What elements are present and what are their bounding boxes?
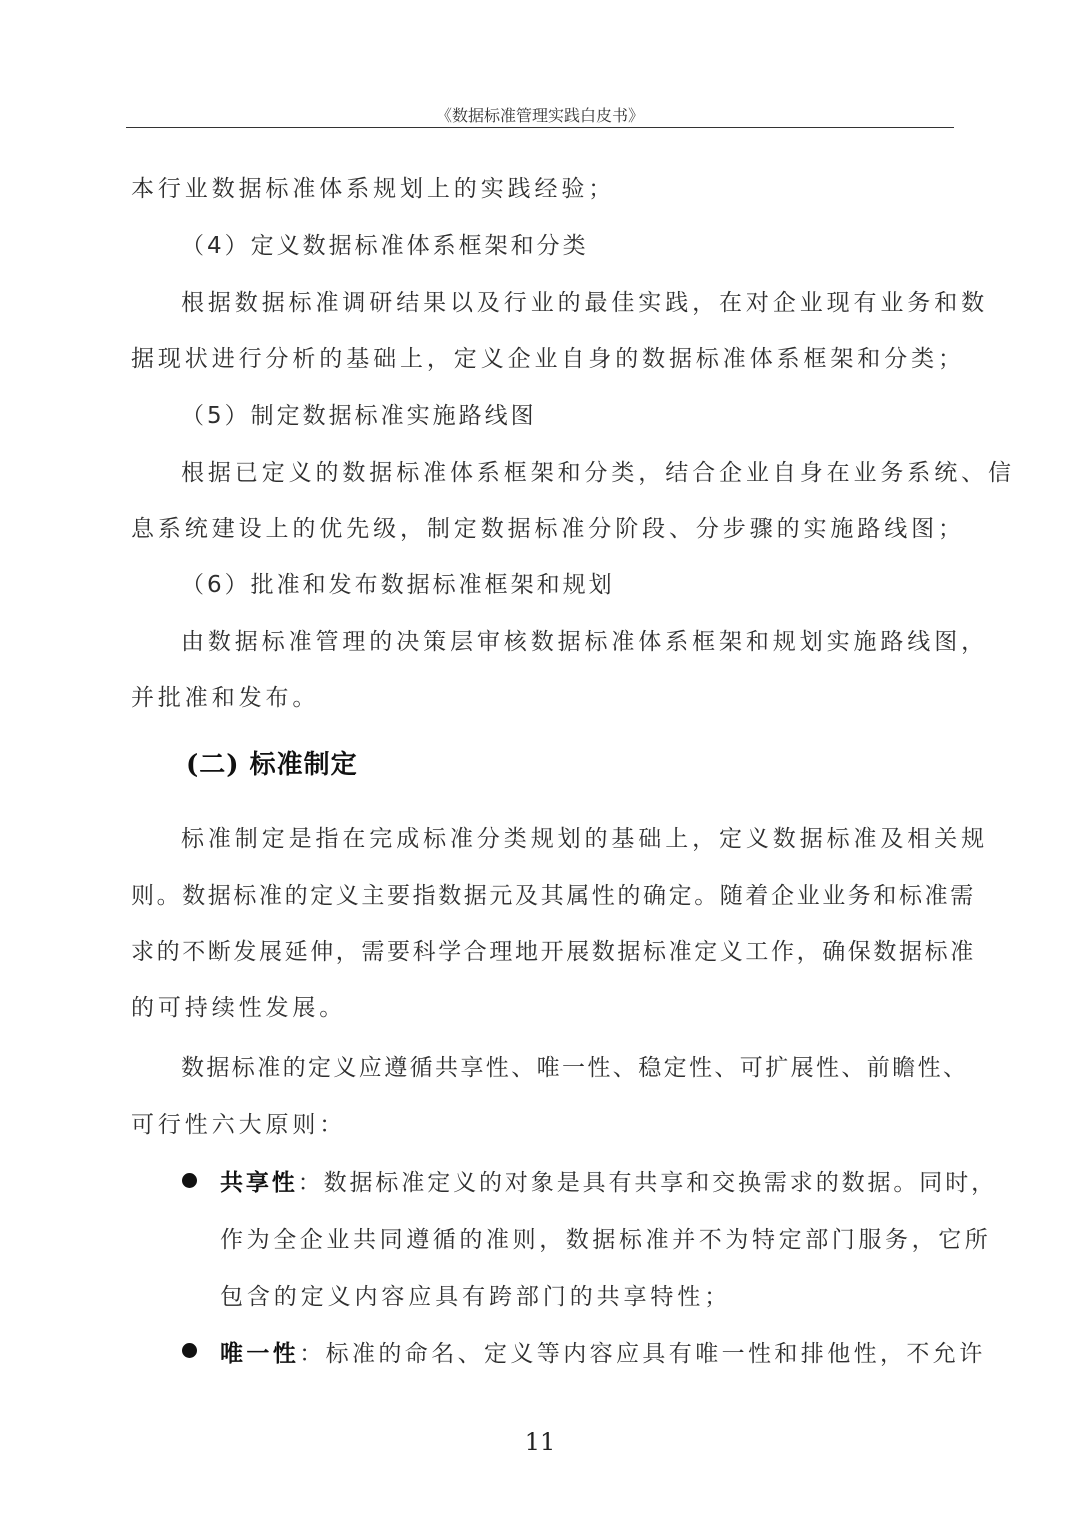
step4-title: （4）定义数据标准体系框架和分类: [181, 227, 589, 260]
header-rule: [126, 127, 954, 128]
para1-line-4: 的可持续性发展。: [131, 989, 346, 1022]
step5-line-1: 根据已定义的数据标准体系框架和分类，结合企业自身在业务系统、信: [181, 454, 1015, 487]
para2-line-1: 数据标准的定义应遵循共享性、唯一性、稳定性、可扩展性、前瞻性、: [181, 1049, 968, 1082]
step4-line-2: 据现状进行分析的基础上，定义企业自身的数据标准体系框架和分类；: [131, 340, 965, 373]
para2-line-2: 可行性六大原则：: [131, 1106, 346, 1139]
continuation-line: 本行业数据标准体系规划上的实践经验；: [131, 170, 615, 203]
bullet-dot-icon: [182, 1173, 197, 1188]
para1-line-3: 求的不断发展延伸，需要科学合理地开展数据标准定义工作，确保数据标准: [131, 933, 976, 966]
bullet-term-sharing: 共享性: [220, 1170, 298, 1196]
para1-line-1: 标准制定是指在完成标准分类规划的基础上，定义数据标准及相关规: [181, 820, 988, 853]
bullet-text-sharing: ：数据标准定义的对象是具有共享和交换需求的数据。同时，: [298, 1170, 997, 1196]
page-number: 11: [0, 1428, 1080, 1456]
running-header: 《数据标准管理实践白皮书》: [0, 103, 1080, 126]
bullet-text-uniqueness: ：标准的命名、定义等内容应具有唯一性和排他性，不允许: [299, 1341, 985, 1367]
step6-line-2: 并批准和发布。: [131, 679, 319, 712]
step6-title: （6）批准和发布数据标准框架和规划: [181, 566, 615, 599]
bullet-term-uniqueness: 唯一性: [220, 1341, 299, 1367]
step5-title: （5）制定数据标准实施路线图: [181, 397, 537, 430]
step4-line-1: 根据数据标准调研结果以及行业的最佳实践，在对企业现有业务和数: [181, 284, 988, 317]
bullet-dot-icon: [182, 1343, 197, 1358]
section-heading: (二) 标准制定: [186, 744, 358, 781]
bullet-uniqueness-line-1: 唯一性：标准的命名、定义等内容应具有唯一性和排他性，不允许: [220, 1335, 986, 1368]
bullet-sharing-line-3: 包含的定义内容应具有跨部门的共享特性；: [220, 1278, 731, 1311]
para1-line-2: 则。数据标准的定义主要指数据元及其属性的确定。随着企业业务和标准需: [131, 877, 976, 910]
step5-line-2: 息系统建设上的优先级，制定数据标准分阶段、分步骤的实施路线图；: [131, 510, 965, 543]
bullet-sharing-line-2: 作为全企业共同遵循的准则，数据标准并不为特定部门服务，它所: [220, 1221, 991, 1254]
bullet-sharing-line-1: 共享性：数据标准定义的对象是具有共享和交换需求的数据。同时，: [220, 1164, 997, 1197]
step6-line-1: 由数据标准管理的决策层审核数据标准体系框架和规划实施路线图，: [181, 623, 988, 656]
